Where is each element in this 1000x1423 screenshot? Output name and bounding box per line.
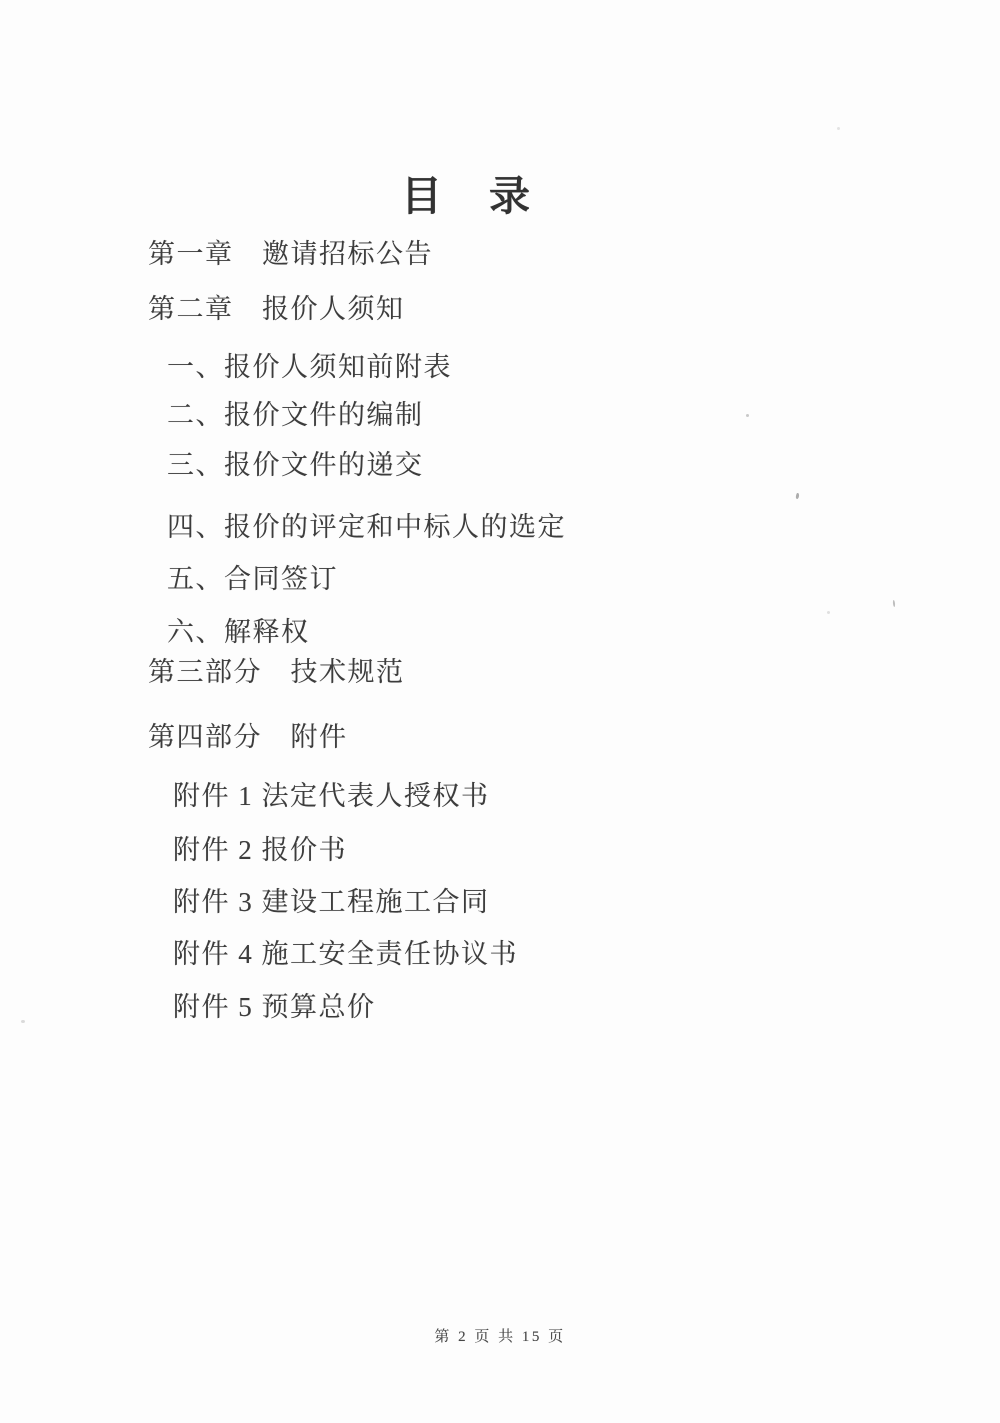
scan-speck: [795, 493, 799, 499]
toc-entry-part-4: 第四部分 附件: [148, 715, 348, 754]
toc-entry-sub-6: 六、解释权: [167, 610, 310, 649]
page-number-footer: 第 2 页 共 15 页: [0, 1325, 1000, 1346]
toc-entry-attachment-1: 附件 1 法定代表人授权书: [173, 774, 490, 813]
toc-entry-attachment-4: 附件 4 施工安全责任协议书: [173, 932, 518, 971]
toc-entry-attachment-5: 附件 5 预算总价: [173, 985, 376, 1024]
document-page: 目 录 第一章 邀请招标公告 第二章 报价人须知 一、报价人须知前附表 二、报价…: [0, 0, 1000, 1423]
toc-entry-chapter-1: 第一章 邀请招标公告: [148, 232, 433, 271]
toc-entry-sub-5: 五、合同签订: [167, 557, 338, 596]
scan-speck: [837, 127, 840, 130]
toc-entry-attachment-3: 附件 3 建设工程施工合同: [173, 880, 490, 919]
toc-entry-attachment-2: 附件 2 报价书: [173, 828, 347, 867]
toc-entry-sub-2: 二、报价文件的编制: [167, 393, 424, 432]
scan-speck: [893, 600, 896, 607]
scan-speck: [827, 611, 830, 614]
toc-entry-sub-1: 一、报价人须知前附表: [167, 345, 452, 384]
toc-entry-sub-4: 四、报价的评定和中标人的选定: [167, 505, 566, 544]
toc-entry-chapter-2: 第二章 报价人须知: [148, 287, 405, 326]
toc-entry-sub-3: 三、报价文件的递交: [167, 443, 424, 482]
page-title: 目 录: [0, 163, 934, 222]
toc-entry-part-3: 第三部分 技术规范: [148, 650, 405, 689]
scan-speck: [21, 1020, 25, 1023]
scan-speck: [746, 414, 749, 417]
